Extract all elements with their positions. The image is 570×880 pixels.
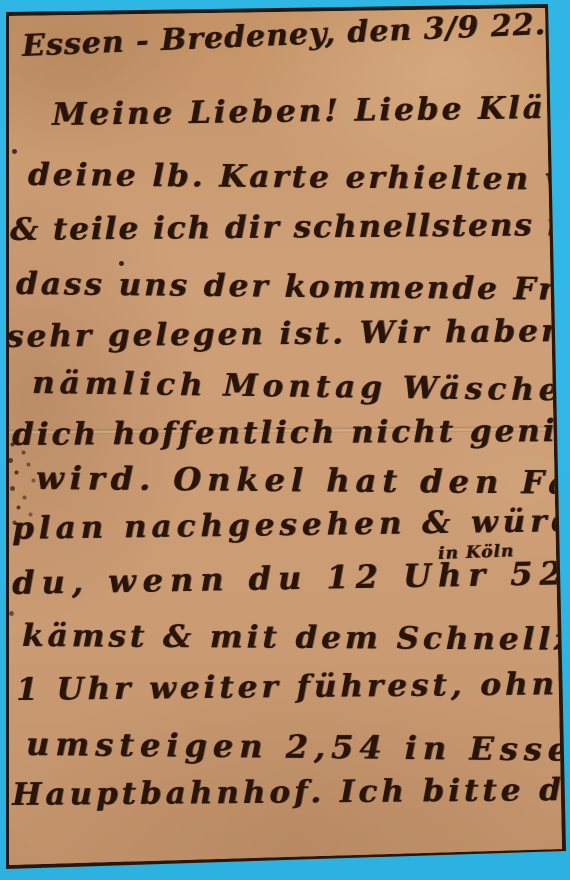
handwriting-line: nämlich Montag Wäsche, das: [32, 368, 570, 408]
handwriting-line: Hauptbahnhof. Ich bitte dich: [12, 775, 570, 811]
handwriting-line: wird. Onkel hat den Fahr: [36, 462, 570, 499]
handwriting-line: & teile ich dir schnellstens mit,: [10, 210, 570, 246]
handwriting-line: dass uns der kommende Freitag: [16, 269, 570, 307]
handwritten-text: Essen - Bredeney, den 3/9 22. Meine Lieb…: [0, 0, 570, 880]
handwriting-line: du, wenn du 12 Uhr 52 an: [12, 556, 570, 599]
scan-background: Essen - Bredeney, den 3/9 22. Meine Lieb…: [0, 0, 570, 880]
salutation-line: Meine Lieben! Liebe Kläre!: [52, 92, 570, 131]
handwriting-line: umsteigen 2,54 in Essen: [26, 728, 570, 766]
postcard: Essen - Bredeney, den 3/9 22. Meine Lieb…: [0, 0, 570, 880]
handwriting-line: plan nachgesehen & würdest: [12, 505, 570, 545]
handwriting-line: 1 Uhr weiter führest, ohne: [16, 669, 570, 706]
handwriting-line: deine lb. Karte erhielten wir: [28, 160, 570, 196]
handwriting-line: dich hoffentlich nicht genieren: [12, 416, 570, 451]
postmark-specks: [0, 0, 3, 3]
handwriting-line: kämst & mit dem Schnellzug: [22, 621, 570, 656]
handwriting-line: sehr gelegen ist. Wir haben: [6, 316, 567, 353]
date-place-line: Essen - Bredeney, den 3/9 22.: [21, 10, 546, 62]
